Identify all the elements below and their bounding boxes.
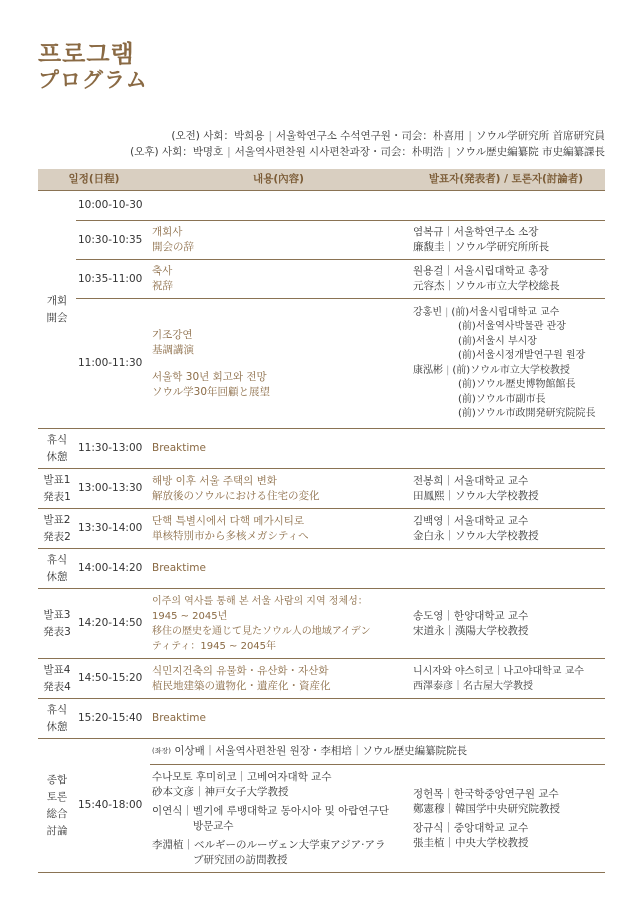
- table-row: 개회 開会 10:00-10-30: [38, 191, 605, 221]
- table-row: 발표4 発表4 14:50-15:20 식민지건축의 유물화・유산화・자산화 植…: [38, 659, 605, 699]
- time-cell: 14:00-14:20: [76, 549, 150, 589]
- category-presentation-4: 발표4 発表4: [38, 659, 76, 699]
- moderators-info: (오전) 사회：박희용|서울학연구소 수석연구원・司会：朴喜用|ソウル学研究所 …: [130, 128, 605, 160]
- speakers-cell: 염복규｜서울학연구소 소장 廉馥圭｜ソウル学研究所所長: [407, 221, 605, 260]
- time-cell: 10:35-11:00: [76, 260, 150, 299]
- speakers-cell: 전봉희｜서울대학교 교수 田鳳熙｜ソウル大学校教授: [407, 469, 605, 509]
- speakers-cell: [407, 549, 605, 589]
- category-break: 휴식 休憩: [38, 429, 76, 469]
- category-opening: 개회 開会: [38, 191, 76, 429]
- time-cell: 11:30-13:00: [76, 429, 150, 469]
- time-cell: 13:30-14:00: [76, 509, 150, 549]
- table-header-row: 일정(日程) 내용(內容) 발표자(発表者) / 토론자(討論者): [38, 169, 605, 191]
- header-schedule: 일정(日程): [38, 169, 150, 191]
- content-cell: 이주의 역사를 통해 본 서울 사람의 지역 정체성： 1945 ~ 2045년…: [150, 589, 407, 659]
- header-content: 내용(內容): [150, 169, 407, 191]
- table-row: 10:30-10:35 개회사 開会の辞 염복규｜서울학연구소 소장 廉馥圭｜ソ…: [38, 221, 605, 260]
- moderator-morning-affiliation: 서울학연구소 수석연구원・司会：朴喜用: [276, 130, 464, 142]
- table-row: 발표2 発表2 13:30-14:00 단핵 특별시에서 다핵 메가시티로 単核…: [38, 509, 605, 549]
- speakers-cell: [407, 699, 605, 739]
- table-row: 발표1 発表1 13:00-13:30 해방 이후 서울 주택의 변화 解放後の…: [38, 469, 605, 509]
- moderator-morning-affiliation-ja: ソウル学研究所 首席研究員: [476, 130, 605, 142]
- moderator-afternoon-affiliation: 서울역사편찬원 시사편찬과장・司会：朴明浩: [235, 146, 444, 158]
- time-cell: 15:40-18:00: [76, 739, 150, 873]
- table-row: 휴식 休憩 14:00-14:20 Breaktime: [38, 549, 605, 589]
- table-row: 휴식 休憩 11:30-13:00 Breaktime: [38, 429, 605, 469]
- category-discussion: 종합 토론 総合 討論: [38, 739, 76, 873]
- table-row: 11:00-11:30 기조강연 基調講演 서울학 30년 회고와 전망 ソウル…: [38, 299, 605, 429]
- time-cell: 13:00-13:30: [76, 469, 150, 509]
- moderator-afternoon-affiliation-ja: ソウル歴史編纂院 市史編纂課長: [455, 146, 605, 158]
- discussion-chair: (좌장) 이상배｜서울역사편찬원 원장・李相培｜ソウル歴史編纂院院長: [150, 739, 605, 765]
- speakers-cell: 송도영｜한양대학교 교수 宋道永｜漢陽大学校教授: [407, 589, 605, 659]
- time-cell: 14:50-15:20: [76, 659, 150, 699]
- content-cell: 단핵 특별시에서 다핵 메가시티로 単核特別市から多核メガシティへ: [150, 509, 407, 549]
- time-cell: 10:30-10:35: [76, 221, 150, 260]
- page-title-japanese: プログラム: [38, 64, 148, 94]
- header-speakers: 발표자(発表者) / 토론자(討論者): [407, 169, 605, 191]
- content-cell: 기조강연 基調講演 서울학 30년 회고와 전망 ソウル学30年回顧と展望: [150, 299, 407, 429]
- speakers-cell: [407, 429, 605, 469]
- content-cell: 개회사 開会の辞: [150, 221, 407, 260]
- time-cell: 10:00-10-30: [76, 191, 150, 221]
- category-break: 휴식 休憩: [38, 549, 76, 589]
- content-cell: [150, 191, 407, 221]
- moderator-morning: (오전) 사회：박희용|서울학연구소 수석연구원・司会：朴喜用|ソウル学研究所 …: [130, 128, 605, 144]
- moderator-afternoon-name: (오후) 사회：박명호: [130, 146, 223, 158]
- speakers-cell: [407, 191, 605, 221]
- content-cell: 식민지건축의 유물화・유산화・자산화 植民地建築の遺物化・遺産化・資産化: [150, 659, 407, 699]
- time-cell: 15:20-15:40: [76, 699, 150, 739]
- table-row: 종합 토론 総合 討論 15:40-18:00 (좌장) 이상배｜서울역사편찬원…: [38, 739, 605, 765]
- moderator-afternoon: (오후) 사회：박명호|서울역사편찬원 시사편찬과장・司会：朴明浩|ソウル歴史編…: [130, 144, 605, 160]
- content-cell: 축사 祝辞: [150, 260, 407, 299]
- program-table: 일정(日程) 내용(內容) 발표자(発表者) / 토론자(討論者) 개회 開会 …: [38, 169, 605, 873]
- category-presentation-3: 발표3 発表3: [38, 589, 76, 659]
- content-cell: Breaktime: [150, 699, 407, 739]
- time-cell: 14:20-14:50: [76, 589, 150, 659]
- table-row: 발표3 発表3 14:20-14:50 이주의 역사를 통해 본 서울 사람의 …: [38, 589, 605, 659]
- speakers-cell: 니시자와 야스히코｜나고야대학교 교수 西澤泰彦｜名古屋大学教授: [407, 659, 605, 699]
- category-presentation-2: 발표2 発表2: [38, 509, 76, 549]
- content-cell: 해방 이후 서울 주택의 변화 解放後のソウルにおける住宅の変化: [150, 469, 407, 509]
- speakers-cell: 원용걸｜서울시립대학교 총장 元容杰｜ソウル市立大学校総長: [407, 260, 605, 299]
- content-cell: Breaktime: [150, 549, 407, 589]
- content-cell: Breaktime: [150, 429, 407, 469]
- table-row: 휴식 休憩 15:20-15:40 Breaktime: [38, 699, 605, 739]
- category-presentation-1: 발표1 発表1: [38, 469, 76, 509]
- discussion-panel-right: 정헌목｜한국학중앙연구원 교수 鄭憲穆｜韓国学中央研究院教授 장규식｜중앙대학교…: [407, 765, 605, 873]
- category-break: 휴식 休憩: [38, 699, 76, 739]
- table-row: 10:35-11:00 축사 祝辞 원용걸｜서울시립대학교 총장 元容杰｜ソウル…: [38, 260, 605, 299]
- time-cell: 11:00-11:30: [76, 299, 150, 429]
- moderator-morning-name: (오전) 사회：박희용: [171, 130, 264, 142]
- speakers-cell: 강홍빈|(前)서울시립대학교 교수 (前)서울역사박물관 관장 (前)서울시 부…: [407, 299, 605, 429]
- speakers-cell: 김백영｜서울대학교 교수 金白永｜ソウル大学校教授: [407, 509, 605, 549]
- discussion-panel-left: 수나모토 후미히코｜고베여자대학 교수 砂本文彦｜神戸女子大学教授 이연식｜벨기…: [150, 765, 407, 873]
